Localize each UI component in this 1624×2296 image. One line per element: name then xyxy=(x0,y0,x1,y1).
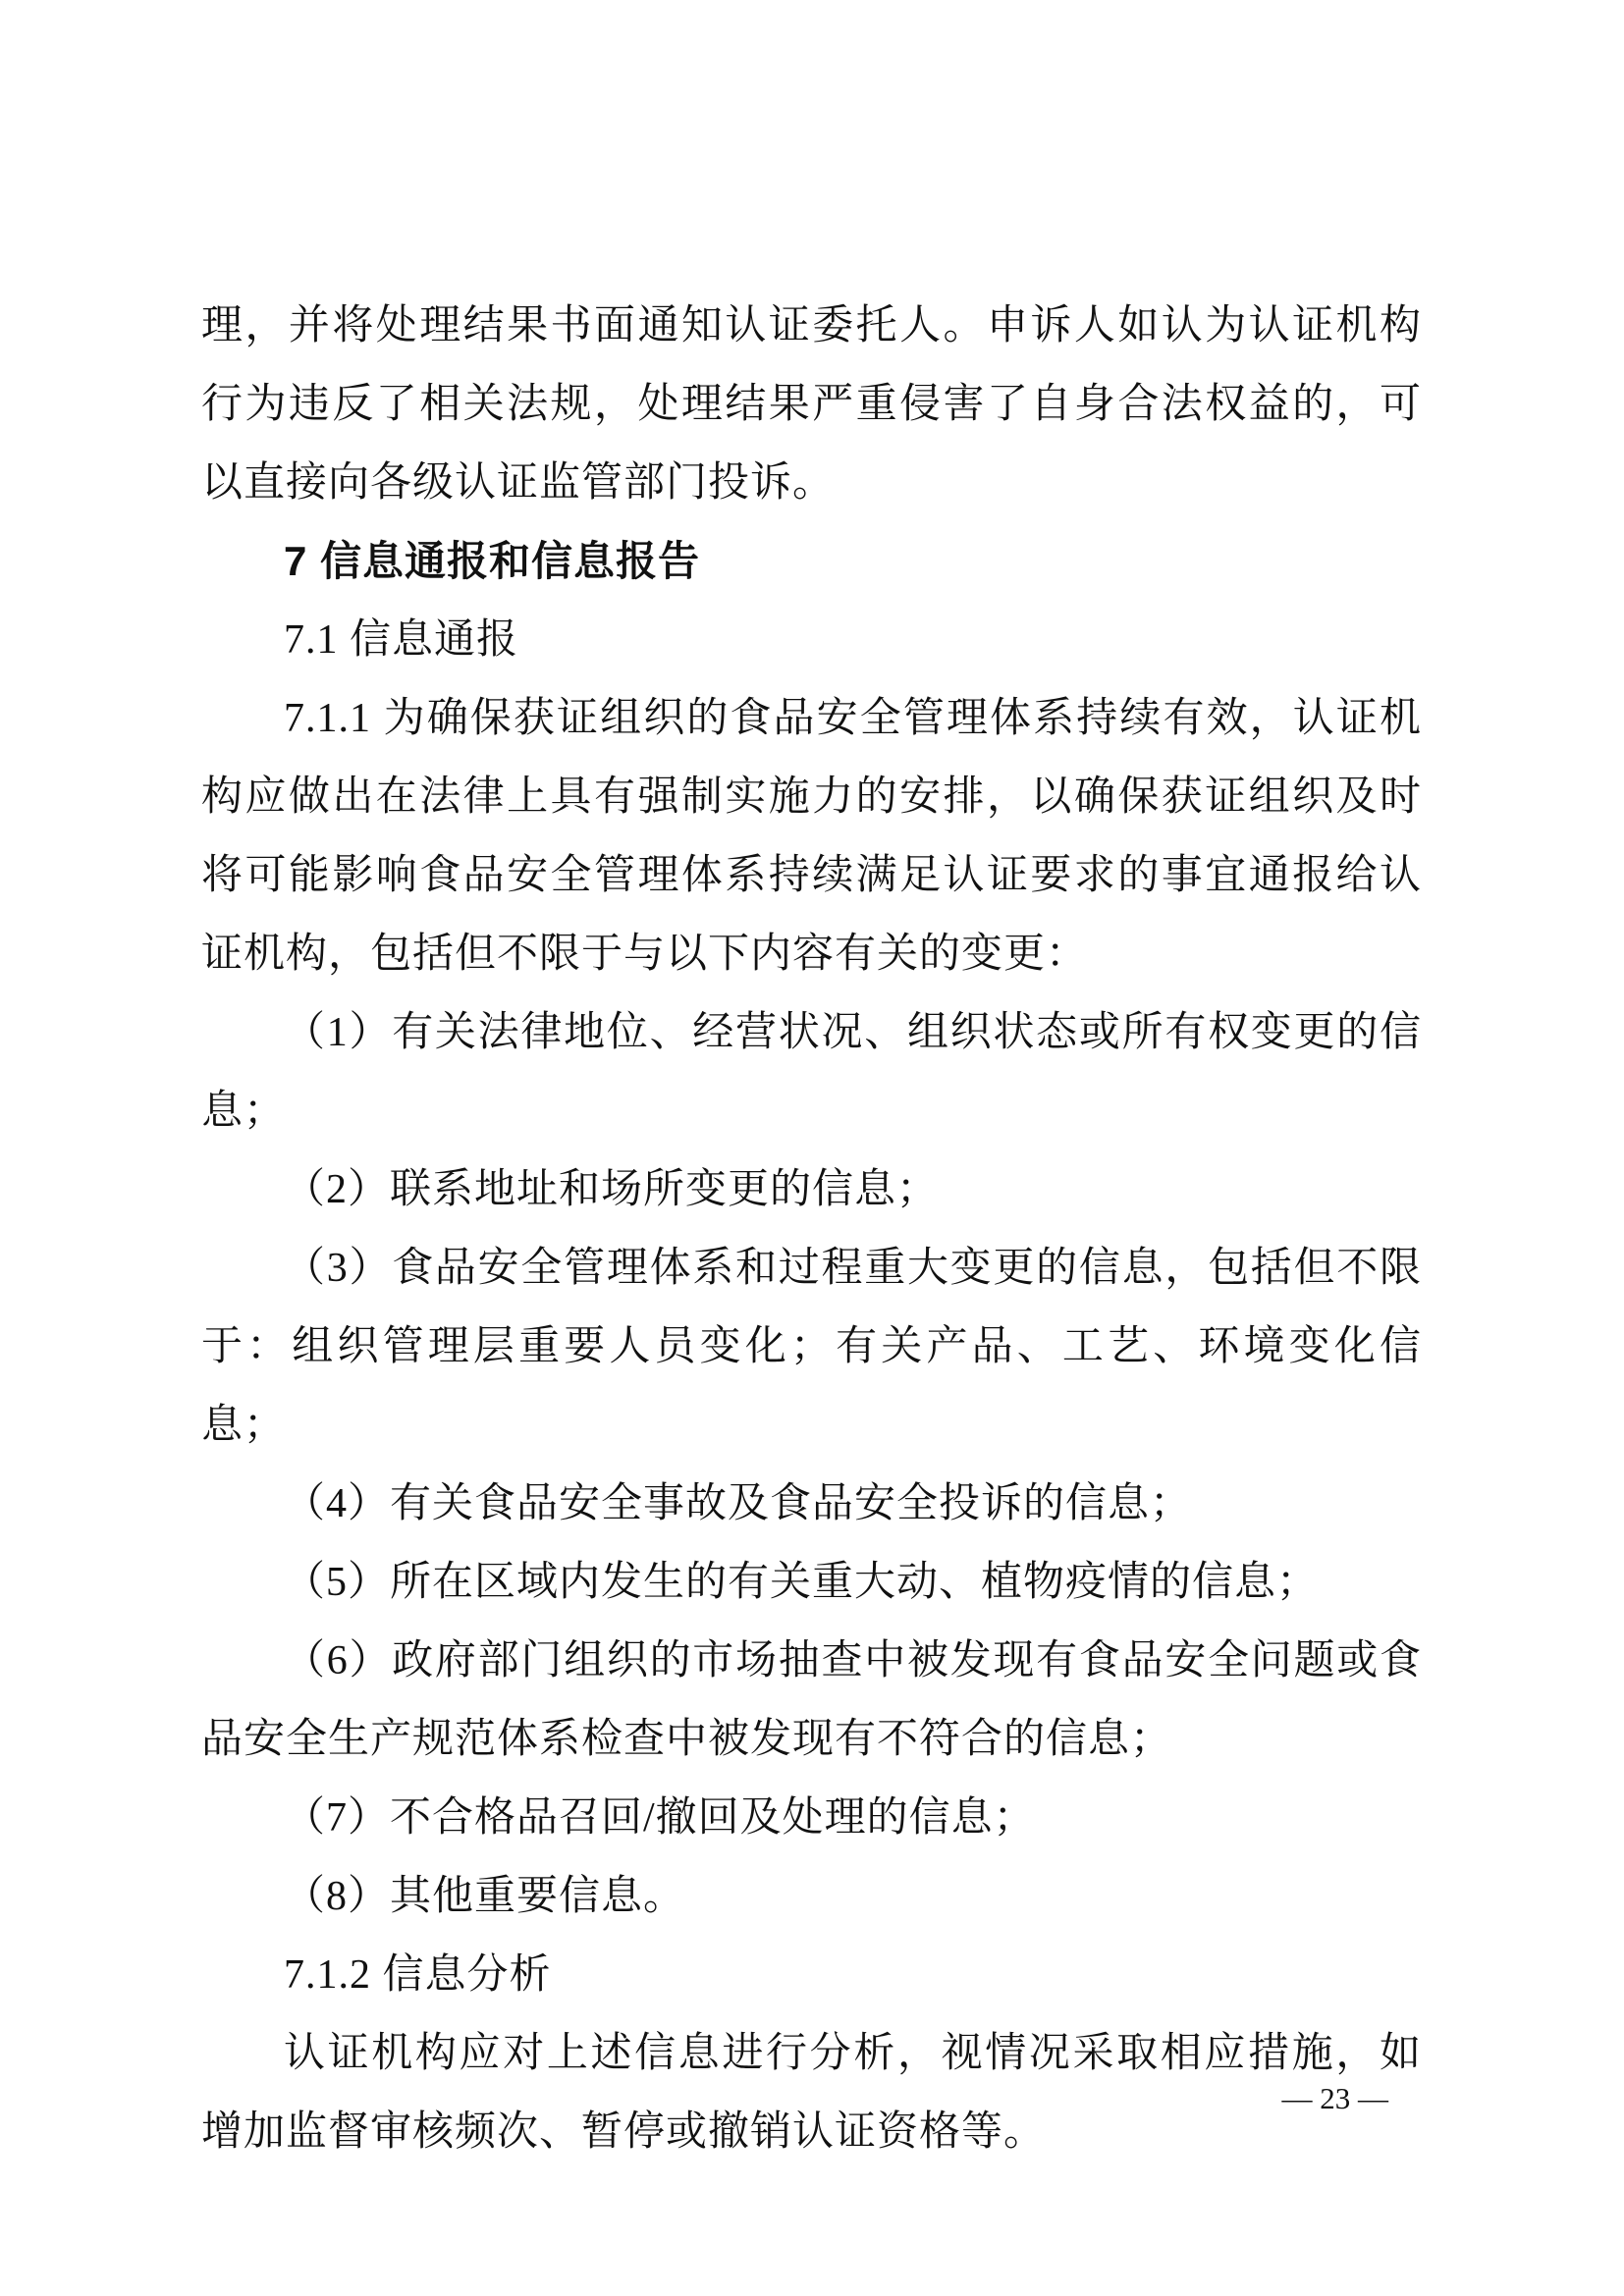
list-item-8: （8）其他重要信息。 xyxy=(201,1857,1422,1936)
paragraph-7-1-1: 7.1.1 为确保获证组织的食品安全管理体系持续有效，认证机构应做出在法律上具有… xyxy=(201,679,1422,993)
paragraph-continuation: 理，并将处理结果书面通知认证委托人。申诉人如认为认证机构行为违反了相关法规，处理… xyxy=(201,287,1422,522)
section-heading-7: 7 信息通报和信息报告 xyxy=(201,522,1422,601)
subsection-heading-7-1: 7.1 信息通报 xyxy=(201,601,1422,679)
document-page: 理，并将处理结果书面通知认证委托人。申诉人如认为认证机构行为违反了相关法规，处理… xyxy=(0,0,1624,2296)
list-item-6: （6）政府部门组织的市场抽查中被发现有食品安全问题或食品安全生产规范体系检查中被… xyxy=(201,1622,1422,1779)
list-item-3: （3）食品安全管理体系和过程重大变更的信息，包括但不限于：组织管理层重要人员变化… xyxy=(201,1229,1422,1465)
list-item-2: （2）联系地址和场所变更的信息； xyxy=(201,1150,1422,1229)
document-body: 理，并将处理结果书面通知认证委托人。申诉人如认为认证机构行为违反了相关法规，处理… xyxy=(201,287,1422,2171)
subsection-heading-7-1-2: 7.1.2 信息分析 xyxy=(201,1936,1422,2014)
paragraph-7-1-2-body: 认证机构应对上述信息进行分析，视情况采取相应措施，如增加监督审核频次、暂停或撤销… xyxy=(201,2014,1422,2171)
list-item-4: （4）有关食品安全事故及食品安全投诉的信息； xyxy=(201,1465,1422,1543)
list-item-1: （1）有关法律地位、经营状况、组织状态或所有权变更的信息； xyxy=(201,993,1422,1150)
list-item-5: （5）所在区域内发生的有关重大动、植物疫情的信息； xyxy=(201,1543,1422,1622)
list-item-7: （7）不合格品召回/撤回及处理的信息； xyxy=(201,1779,1422,1857)
page-number: — 23 — xyxy=(1282,2079,1389,2118)
